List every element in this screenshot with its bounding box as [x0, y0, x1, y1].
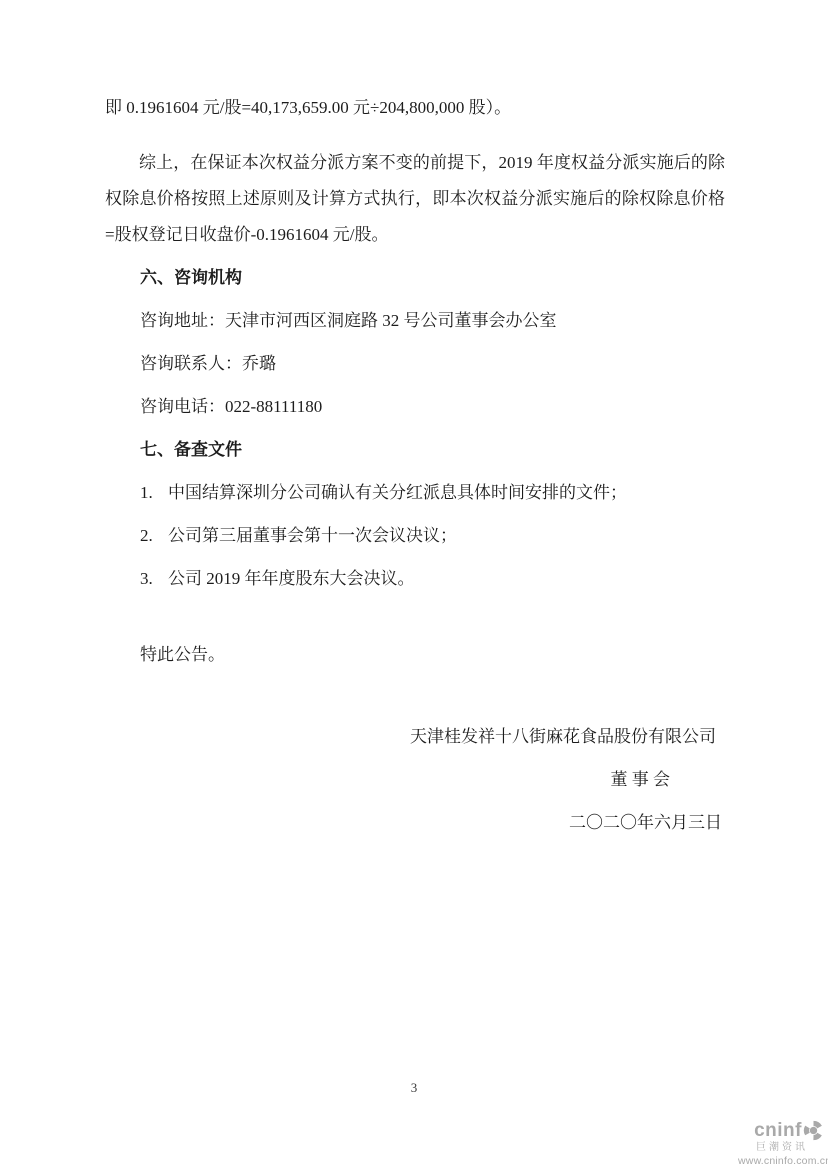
reference-doc-item: 1.中国结算深圳分公司确认有关分红派息具体时间安排的文件；: [105, 475, 725, 511]
contact-address: 咨询地址：天津市河西区洞庭路 32 号公司董事会办公室: [105, 303, 725, 339]
item-text: 中国结算深圳分公司确认有关分红派息具体时间安排的文件；: [168, 483, 627, 502]
contact-person: 咨询联系人：乔璐: [105, 346, 725, 382]
cninfo-swirl-icon: [803, 1120, 824, 1141]
cninfo-url: www.cninfo.com.cn: [738, 1156, 824, 1167]
section-heading-reference-docs: 七、备查文件: [105, 432, 725, 468]
signature-board: 董 事 会: [105, 762, 670, 798]
signature-block: 天津桂发祥十八街麻花食品股份有限公司 董 事 会 二〇二〇年六月三日: [105, 719, 725, 841]
item-number: 3.: [140, 561, 168, 597]
section-heading-consulting: 六、咨询机构: [105, 260, 725, 296]
reference-doc-item: 2.公司第三届董事会第十一次会议决议；: [105, 518, 725, 554]
document-page: 即 0.1961604 元/股=40,173,659.00 元÷204,800,…: [0, 0, 828, 1170]
item-number: 2.: [140, 518, 168, 554]
signature-date: 二〇二〇年六月三日: [105, 805, 722, 841]
contact-phone: 咨询电话：022-88111180: [105, 389, 725, 425]
item-text: 公司第三届董事会第十一次会议决议；: [168, 526, 457, 545]
paragraph-formula: 即 0.1961604 元/股=40,173,659.00 元÷204,800,…: [105, 90, 725, 126]
cninfo-cn-name: 巨潮资讯: [738, 1143, 808, 1153]
cninfo-watermark: cninf 巨潮资讯 www.cninfo.com.cn: [738, 1120, 824, 1167]
page-number: 3: [0, 1078, 828, 1098]
paragraph-summary: 综上，在保证本次权益分派方案不变的前提下，2019 年度权益分派实施后的除权除息…: [105, 145, 725, 253]
closing-statement: 特此公告。: [105, 637, 725, 673]
cninfo-brand-text: cninf: [754, 1121, 802, 1140]
item-number: 1.: [140, 475, 168, 511]
cninfo-brand-row: cninf: [738, 1120, 824, 1141]
reference-doc-item: 3.公司 2019 年年度股东大会决议。: [105, 561, 725, 597]
item-text: 公司 2019 年年度股东大会决议。: [168, 569, 415, 588]
document-body: 即 0.1961604 元/股=40,173,659.00 元÷204,800,…: [105, 90, 725, 848]
signature-company: 天津桂发祥十八街麻花食品股份有限公司: [105, 719, 716, 755]
